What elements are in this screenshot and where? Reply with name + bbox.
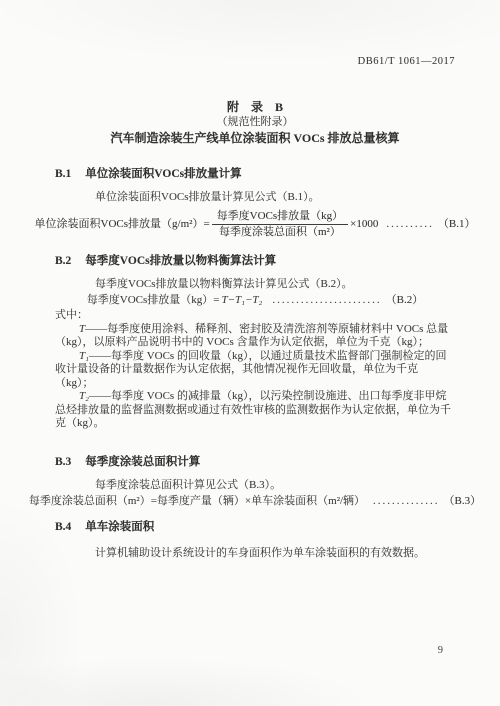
definition-t1: T₁——每季度 VOCs 的回收量（kg），以通过质量技术监督部门强制检定的回收… (55, 350, 455, 391)
section-b1-heading: B.1 单位涂装面积VOCs排放量计算 (55, 168, 455, 182)
section-b1-intro: 单位涂装面积VOCs排放量计算见公式（B.1）。 (55, 191, 455, 205)
definition-t2-text: ——每季度 VOCs 的减排量（kg），以污染控制设施进、出口每季度非甲烷总烃排… (55, 390, 451, 429)
appendix-normative-label: （规范性附录） (55, 115, 455, 130)
section-b4-title: 单车涂装面积 (85, 521, 154, 535)
section-b3-intro: 每季度涂装总面积计算见公式（B.3）。 (55, 479, 455, 493)
page-number: 9 (438, 644, 443, 658)
appendix-subject-title: 汽车制造涂装生产线单位涂装面积 VOCs 排放总量核算 (55, 130, 455, 146)
formula-b1-denominator: 每季度涂装总面积（m²） (212, 224, 349, 240)
section-b2-heading: B.2 每季度VOCs排放量以物料衡算法计算 (55, 255, 455, 269)
formula-b3-expression: 每季度涂装总面积（m²）=每季度产量（辆）×单车涂装面积（m²/辆） (29, 495, 365, 509)
section-b3-heading: B.3 每季度涂装总面积计算 (55, 456, 455, 470)
formula-b1-multiplier: ×1000 (350, 218, 378, 232)
definition-t: T——每季度使用涂料、稀释剂、密封胶及清洗溶剂等原辅材料中 VOCs 总量（kg… (55, 323, 455, 350)
section-b4-body: 计算机辅助设计系统设计的车身面积作为单车涂装面积的有效数据。 (55, 547, 455, 561)
definition-t-text: ——每季度使用涂料、稀释剂、密封胶及清洗溶剂等原辅材料中 VOCs 总量（kg）… (55, 323, 448, 349)
appendix-title-block: 附 录 B （规范性附录） 汽车制造涂装生产线单位涂装面积 VOCs 排放总量核… (55, 99, 455, 146)
formula-b2-expression: T−T₁−T₂ (220, 294, 265, 308)
formula-b1-label: （B.1） (438, 218, 476, 232)
definition-t1-symbol: T₁ (79, 350, 89, 362)
appendix-title: 附 录 B (55, 99, 455, 115)
section-b3-title: 每季度涂装总面积计算 (85, 456, 200, 470)
section-b2-intro: 每季度VOCs排放量以物料衡算法计算见公式（B.2）。 (55, 278, 455, 292)
section-b4-number: B.4 (55, 521, 71, 535)
formula-b2-prefix: 每季度VOCs排放量（kg）= (87, 294, 220, 308)
formula-b3-label: （B.3） (444, 495, 482, 509)
formula-b2-dot-leader: ....................... (272, 294, 381, 308)
section-b2-number: B.2 (55, 255, 71, 269)
formula-b2-where-label: 式中： (55, 309, 455, 323)
document-page: DB61/T 1061—2017 附 录 B （规范性附录） 汽车制造涂装生产线… (0, 0, 500, 706)
formula-b1-numerator: 每季度VOCs排放量（kg） (212, 210, 349, 225)
page-content: DB61/T 1061—2017 附 录 B （规范性附录） 汽车制造涂装生产线… (0, 0, 500, 560)
formula-b1-fraction: 每季度VOCs排放量（kg） 每季度涂装总面积（m²） (212, 210, 349, 240)
formula-b2: 每季度VOCs排放量（kg）= T−T₁−T₂ ................… (55, 294, 455, 308)
section-b2-title: 每季度VOCs排放量以物料衡算法计算 (85, 255, 276, 269)
formula-b3: 每季度涂装总面积（m²）=每季度产量（辆）×单车涂装面积（m²/辆） .....… (55, 495, 455, 509)
formula-b3-dot-leader: .............. (373, 495, 440, 509)
formula-b1-lhs: 单位涂装面积VOCs排放量（g/m²）= (35, 218, 210, 232)
standard-number: DB61/T 1061—2017 (55, 55, 455, 69)
formula-b1: 单位涂装面积VOCs排放量（g/m²）= 每季度VOCs排放量（kg） 每季度涂… (55, 210, 455, 240)
section-b4-heading: B.4 单车涂装面积 (55, 521, 455, 535)
definition-t1-text: ——每季度 VOCs 的回收量（kg），以通过质量技术监督部门强制检定的回收计量… (55, 350, 446, 389)
section-b1-title: 单位涂装面积VOCs排放量计算 (85, 168, 241, 182)
formula-b1-dot-leader: .......... (386, 218, 434, 232)
section-b3-number: B.3 (55, 456, 71, 470)
section-b1-number: B.1 (55, 168, 71, 182)
definition-t2-symbol: T₂ (79, 390, 89, 402)
formula-b2-label: （B.2） (386, 294, 424, 308)
definition-t2: T₂——每季度 VOCs 的减排量（kg），以污染控制设施进、出口每季度非甲烷总… (55, 390, 455, 431)
